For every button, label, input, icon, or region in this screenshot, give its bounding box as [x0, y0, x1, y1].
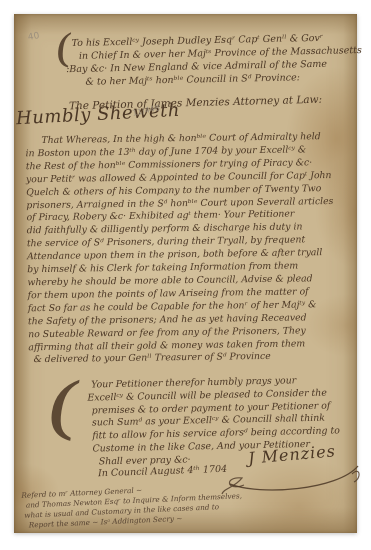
petition-body: That Whereas, In the high & honᵇˡᵉ Court… [25, 131, 352, 368]
manuscript-photo: { "pencil": { "lot_mark": "40", "folio_m… [0, 0, 371, 550]
address-block: To his Excellᶜʸ Joseph Dudley Esqʳ Capᵗ … [71, 31, 362, 89]
signature-flourish [220, 454, 368, 500]
prayer-bracket-flourish: ( [40, 375, 86, 443]
manuscript-page: 40 ( To his Excellᶜʸ Joseph Dudley Esqʳ … [14, 14, 357, 533]
docket-block: Referd to mʳ Attorney General ~ and Thom… [21, 481, 243, 530]
pencil-lot-annotation: 40 [27, 31, 40, 43]
